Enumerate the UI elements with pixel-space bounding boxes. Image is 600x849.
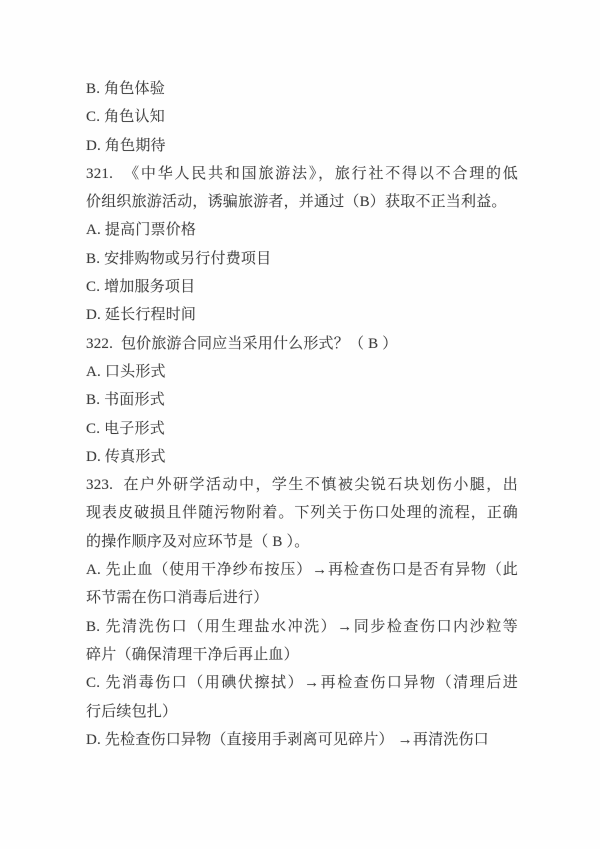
question-322-option-c: C. 电子形式 — [86, 415, 518, 443]
document-page: B. 角色体验 C. 角色认知 D. 角色期待 321. 《中华人民共和国旅游法… — [0, 0, 600, 849]
question-323-option-a-line-1: A. 先止血（使用干净纱布按压）→再检查伤口是否有异物（此 — [86, 556, 518, 584]
question-323-option-d: D. 先检查伤口异物（直接用手剥离可见碎片） →再清洗伤口 — [86, 726, 518, 754]
question-323-option-c-line-2: 行后续包扎） — [86, 698, 518, 726]
question-323-option-c-line-1: C. 先消毒伤口（用碘伏擦拭）→再检查伤口异物（清理后进 — [86, 669, 518, 697]
question-321-option-a: A. 提高门票价格 — [86, 216, 518, 244]
question-321-option-b: B. 安排购物或另行付费项目 — [86, 245, 518, 273]
question-321-stem-line-1: 321. 《中华人民共和国旅游法》，旅行社不得以不合理的低 — [86, 160, 518, 188]
carryover-option-b: B. 角色体验 — [86, 75, 518, 103]
carryover-option-d: D. 角色期待 — [86, 132, 518, 160]
question-323-stem-line-3: 的操作顺序及对应环节是（ B ）。 — [86, 528, 518, 556]
carryover-option-c: C. 角色认知 — [86, 103, 518, 131]
question-321-option-d: D. 延长行程时间 — [86, 301, 518, 329]
question-323-option-b-line-2: 碎片（确保清理干净后再止血） — [86, 641, 518, 669]
question-322-option-a: A. 口头形式 — [86, 358, 518, 386]
question-323-option-a-line-2: 环节需在伤口消毒后进行） — [86, 584, 518, 612]
question-322-option-d: D. 传真形式 — [86, 443, 518, 471]
question-321-option-c: C. 增加服务项目 — [86, 273, 518, 301]
question-text-block: B. 角色体验 C. 角色认知 D. 角色期待 321. 《中华人民共和国旅游法… — [86, 75, 518, 754]
question-323-stem-line-1: 323. 在户外研学活动中，学生不慎被尖锐石块划伤小腿，出 — [86, 471, 518, 499]
question-321-stem-line-2: 价组织旅游活动，诱骗旅游者，并通过（B）获取不正当利益。 — [86, 188, 518, 216]
question-323-stem-line-2: 现表皮破损且伴随污物附着。下列关于伤口处理的流程，正确 — [86, 499, 518, 527]
question-323-option-b-line-1: B. 先清洗伤口（用生理盐水冲洗）→同步检查伤口内沙粒等 — [86, 613, 518, 641]
question-322-stem: 322. 包价旅游合同应当采用什么形式？（ B ） — [86, 330, 518, 358]
question-322-option-b: B. 书面形式 — [86, 386, 518, 414]
